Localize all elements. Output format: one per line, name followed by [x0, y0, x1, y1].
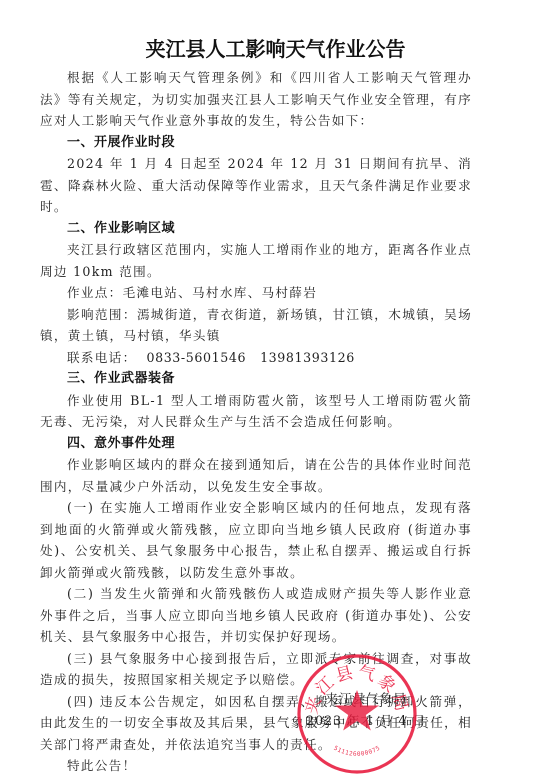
section-1-paragraph-1: 2024 年 1 月 4 日起至 2024 年 12 月 31 日期间有抗旱、消… — [40, 153, 472, 218]
section-heading-3: 三、作业武器装备 — [40, 368, 472, 390]
announcement-page: 夹江县人工影响天气作业公告 根据《人工影响天气管理条例》和《四川省人工影响天气管… — [0, 0, 551, 783]
signature-date: 2023 年 1 月 4 日 — [296, 710, 436, 732]
contact-phone-mobile: 13981393126 — [260, 350, 355, 365]
section-4-item-2: (二) 当发生火箭弹和火箭残骸伤人或造成财产损失等人影作业意外事件之后，当事人应… — [40, 583, 472, 648]
section-4-item-3: (三) 县气象服务中心接到报告后，立即派专家前往调查，对事故造成的损失，按照国家… — [40, 648, 472, 691]
contact-phone-label: 联系电话： — [67, 350, 136, 365]
section-3-paragraph-1: 作业使用 BL-1 型人工增雨防雹火箭，该型号人工增雨防雹火箭无毒、无污染，对人… — [40, 390, 472, 433]
section-heading-1: 一、开展作业时段 — [40, 132, 472, 154]
section-4-item-1: (一) 在实施人工增雨作业安全影响区域内的任何地点，发现有落到地面的火箭弹或火箭… — [40, 497, 472, 583]
section-heading-4: 四、意外事件处理 — [40, 433, 472, 455]
section-heading-2: 二、作业影响区域 — [40, 218, 472, 240]
signature-org: 夹江县气象局 — [296, 688, 436, 710]
intro-paragraph: 根据《人工影响天气管理条例》和《四川省人工影响天气管理办法》等有关规定，为切实加… — [40, 67, 472, 132]
section-2-paragraph-1: 夹江县行政辖区范围内，实施人工增雨作业的地方，距离各作业点周边 10km 范围。 — [40, 239, 472, 282]
document-title: 夹江县人工影响天气作业公告 — [0, 37, 551, 61]
contact-phone-line: 联系电话：0833-560154613981393126 — [40, 347, 472, 369]
closing-statement: 特此公告！ — [40, 755, 472, 777]
section-4-paragraph-1: 作业影响区域内的群众在接到通知后，请在公告的具体作业时间范围内，尽量减少户外活动… — [40, 454, 472, 497]
section-2-operation-points: 作业点：毛滩电站、马村水库、马村薛岩 — [40, 282, 472, 304]
signature-block: 夹江县气象局 2023 年 1 月 4 日 — [296, 688, 436, 731]
contact-phone-landline: 0833-5601546 — [146, 350, 246, 365]
section-2-affected-areas: 影响范围：漹城街道，青衣街道，新场镇，甘江镇，木城镇，吴场镇，黄土镇，马村镇，华… — [40, 304, 472, 347]
document-body: 根据《人工影响天气管理条例》和《四川省人工影响天气管理办法》等有关规定，为切实加… — [40, 67, 472, 777]
